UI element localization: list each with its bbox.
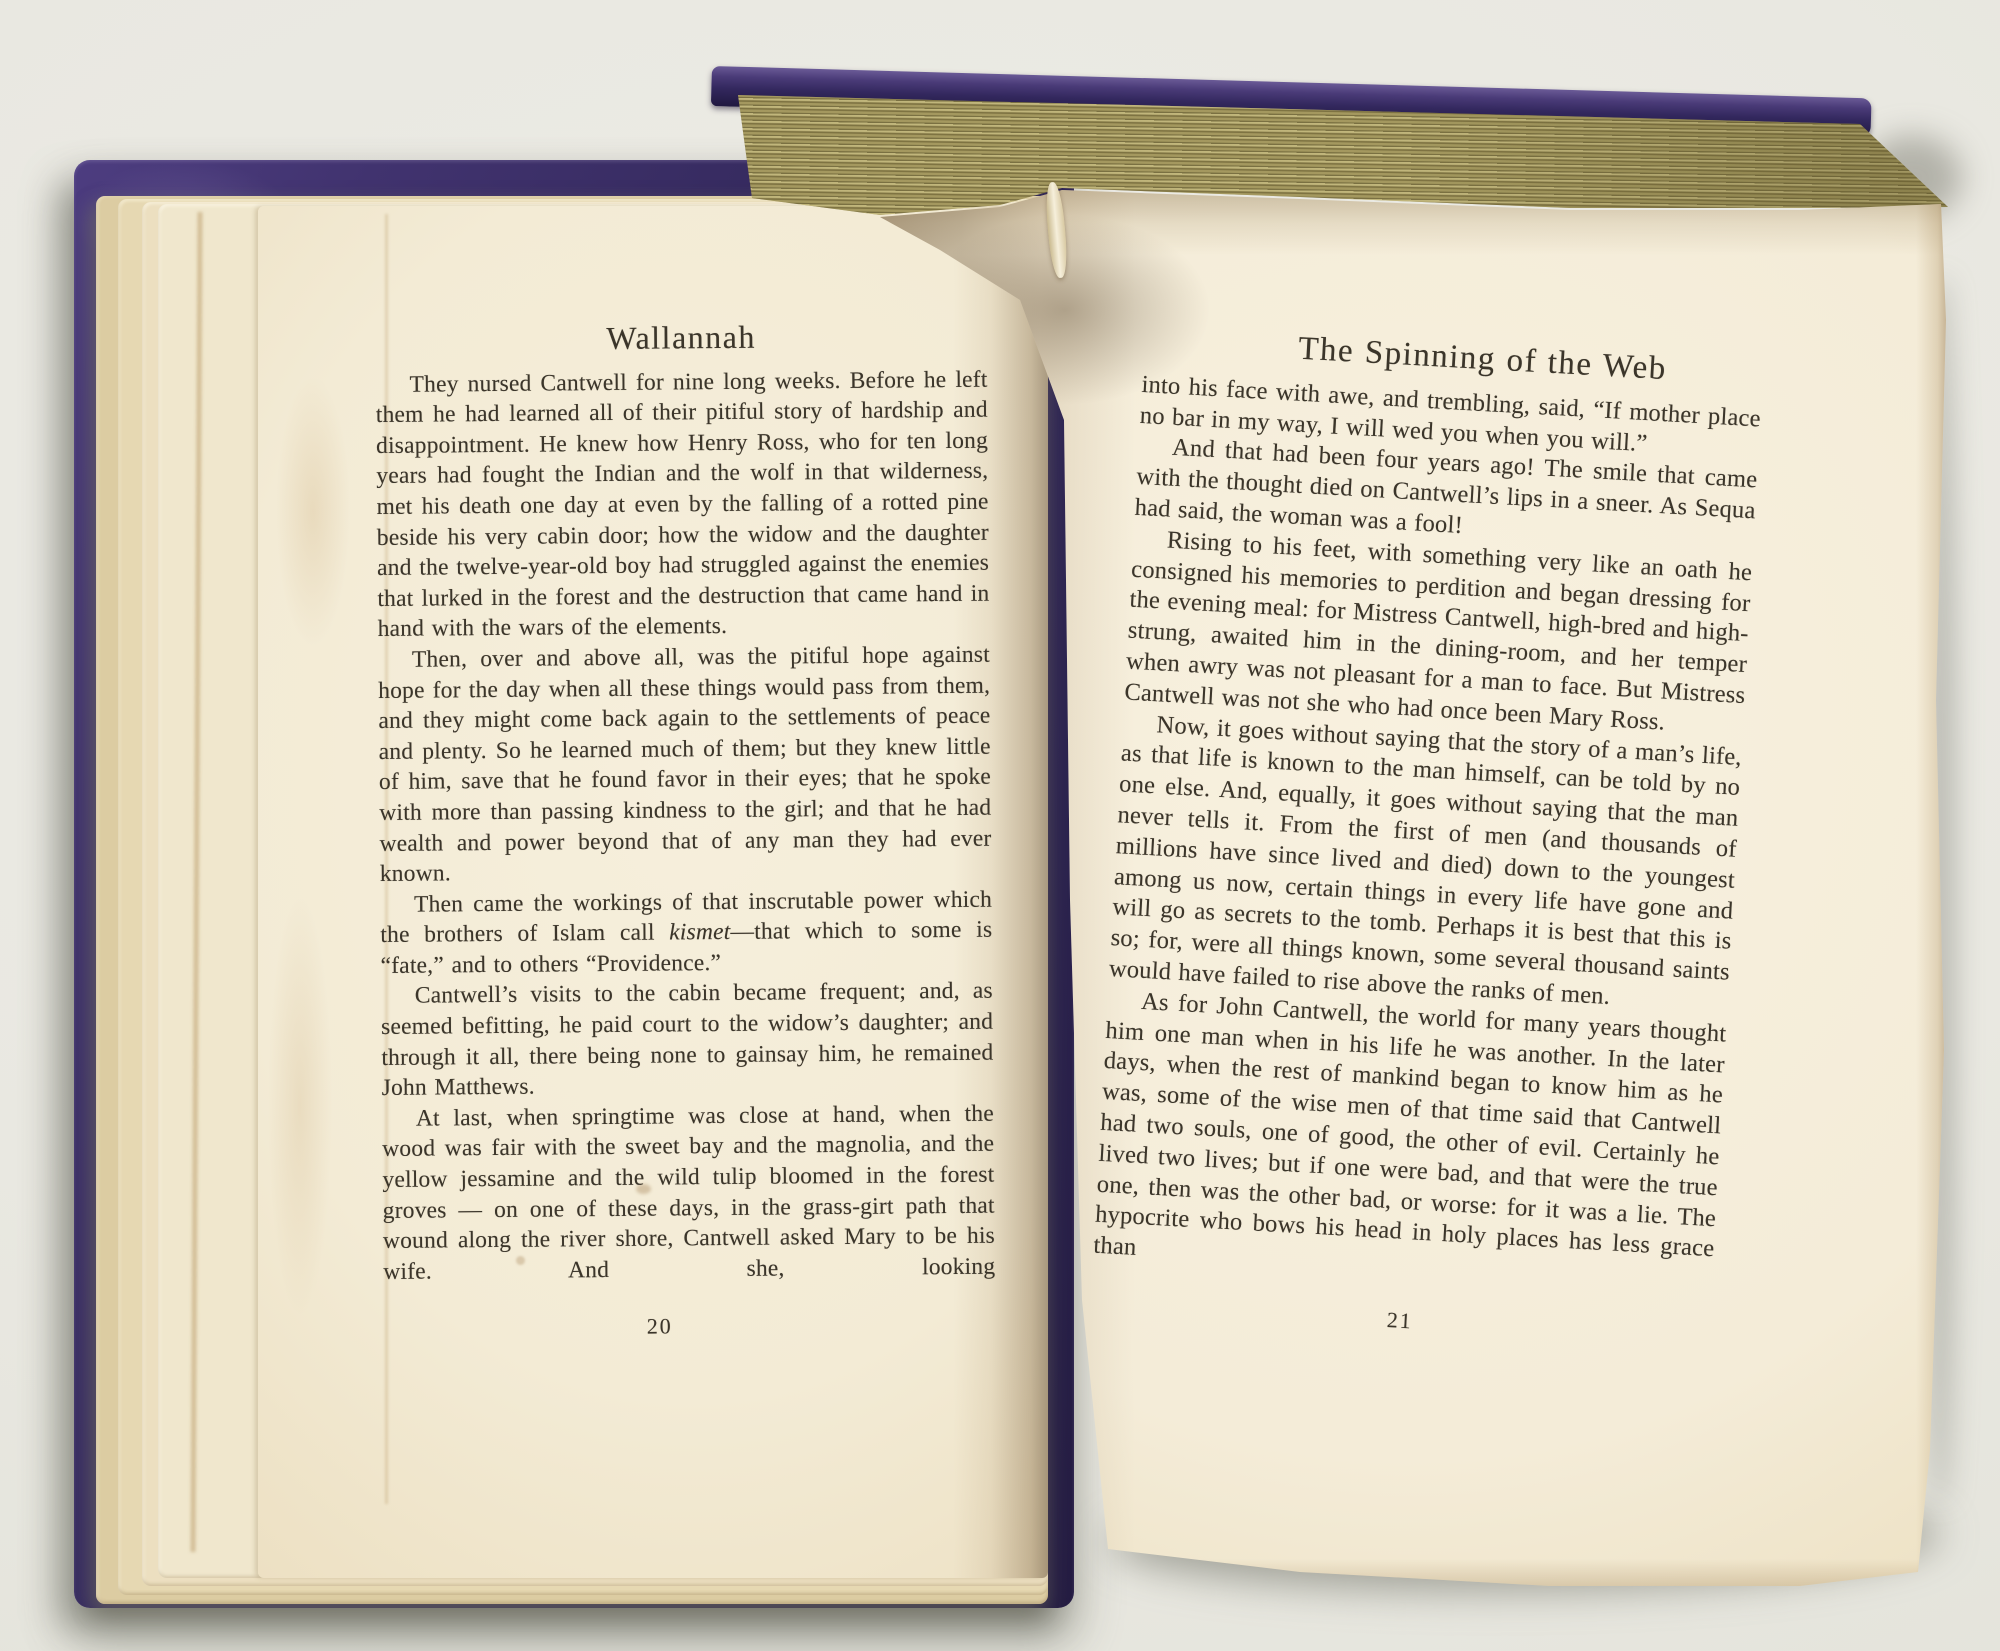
stain [276, 376, 350, 646]
page-edge-shade [1916, 185, 1952, 1605]
left-page-text: They nursed Cantwell for nine long weeks… [375, 364, 995, 1287]
book-photo: Wallannah They nursed Cantwell for nine … [0, 0, 2000, 1651]
paragraph: Then, over and above all, was the pitifu… [378, 640, 992, 890]
paragraph: They nursed Cantwell for nine long weeks… [375, 364, 989, 645]
paragraph: Cantwell’s visits to the cabin became fr… [381, 976, 994, 1104]
right-page-content: The Spinning of the Web into his face wi… [1089, 325, 1764, 1354]
paragraph: Rising to his feet, with something very … [1124, 523, 1753, 742]
paragraph: At last, when springtime was close at ha… [382, 1098, 996, 1287]
left-page-number: 20 [354, 1309, 966, 1345]
stain [190, 212, 202, 1552]
right-page-text: into his face with awe, and trembling, s… [1093, 370, 1762, 1296]
left-running-head: Wallannah [375, 320, 987, 356]
paragraph: Then came the workings of that inscrutab… [380, 884, 993, 981]
left-page: Wallannah They nursed Cantwell for nine … [258, 206, 1048, 1578]
paragraph: As for John Cantwell, the world for many… [1093, 985, 1728, 1296]
paragraph: Now, it goes without saying that the sto… [1108, 708, 1743, 1019]
stain [268, 896, 332, 1316]
left-page-content: Wallannah They nursed Cantwell for nine … [375, 320, 996, 1345]
right-page-number: 21 [1089, 1288, 1710, 1353]
